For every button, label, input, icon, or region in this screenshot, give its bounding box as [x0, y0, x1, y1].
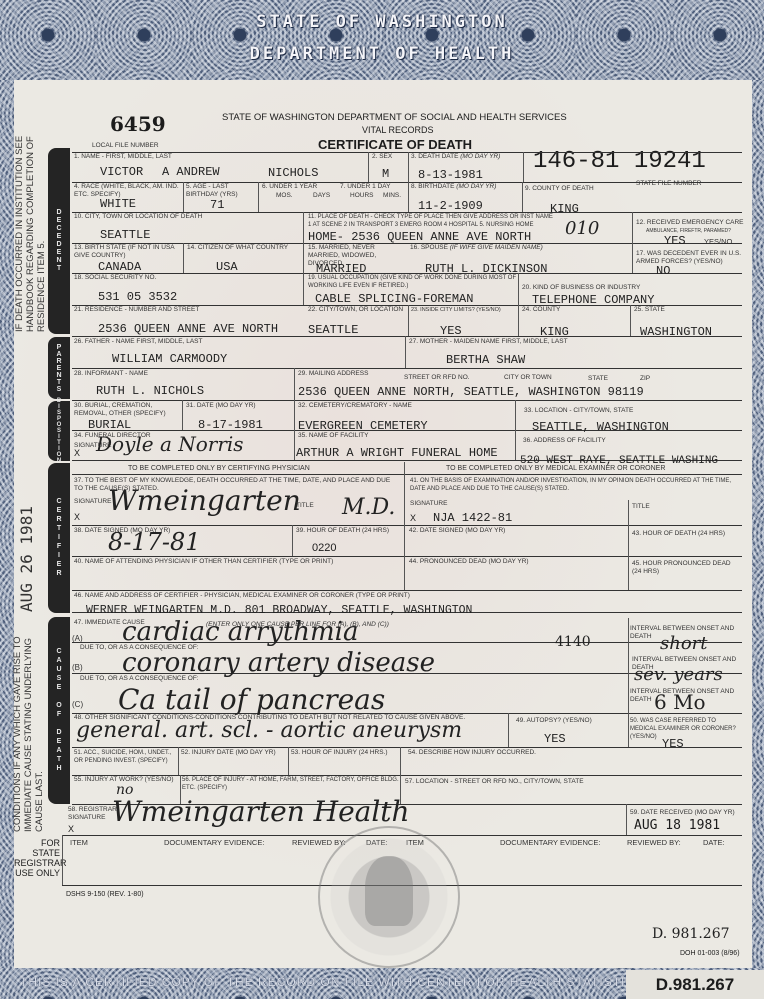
- last-name: NICHOLS: [268, 166, 318, 180]
- conditions-note-line: CAUSE LAST.: [34, 636, 45, 832]
- evidence-label-right: DOCUMENTARY EVIDENCE:: [500, 839, 600, 847]
- mother-label: 27. MOTHER - MAIDEN NAME FIRST, MIDDLE, …: [409, 338, 568, 346]
- coroner-signature-label: SIGNATURE: [410, 500, 447, 508]
- place-of-death-options: 1 AT SCENE 2 IN TRANSPORT 3 EMERG ROOM 4…: [308, 221, 534, 229]
- disposition-date: 8-17-1981: [198, 418, 263, 432]
- interval-a: short: [660, 633, 708, 654]
- banner-state-title: STATE OF WASHINGTON: [0, 12, 764, 32]
- disposition-method: BURIAL: [88, 418, 131, 432]
- cause-c-label: (C): [72, 701, 83, 709]
- residence-city-label: 22. CITY/TOWN, OR LOCATION: [308, 306, 403, 314]
- spouse-label: 16. SPOUSE (IF WIFE GIVE MAIDEN NAME): [410, 244, 543, 252]
- injury-date-label: 52. INJURY DATE (MO DAY YR): [181, 749, 276, 757]
- informant-name: RUTH L. NICHOLS: [96, 384, 204, 398]
- cemetery-label: 32. CEMETERY/CREMATORY - NAME: [298, 402, 412, 410]
- hour-of-death: 0220: [312, 542, 336, 554]
- mailing-address: 2536 QUEEN ANNE NORTH, SEATTLE, WASHINGT…: [298, 385, 644, 399]
- place-annotation: 010: [565, 218, 599, 239]
- section-tab-parents: PARENTS: [48, 337, 70, 399]
- under-1-year-label: 6. UNDER 1 YEAR: [262, 183, 317, 191]
- institution-note-line: RESIDENCE ITEM 5.: [36, 136, 47, 332]
- handwritten-reference: D. 981.267: [652, 926, 730, 942]
- residence-street: 2536 QUEEN ANNE AVE NORTH: [98, 322, 278, 336]
- middle-name: A ANDREW: [162, 165, 220, 179]
- autopsy-value: YES: [544, 732, 566, 746]
- place-of-death: HOME- 2536 QUEEN ANNE AVE NORTH: [308, 230, 531, 244]
- cause-a-annotation: 4140: [555, 634, 591, 650]
- institution-note: IF DEATH OCCURRED IN INSTITUTION SEE HAN…: [14, 136, 47, 332]
- director-x-mark: X: [74, 448, 80, 458]
- injury-place-label: 56. PLACE OF INJURY - AT HOME, FARM, STR…: [182, 776, 402, 792]
- city-of-death: SEATTLE: [100, 228, 150, 242]
- emergency-care-label: 12. RECEIVED EMERGENCY CARE: [636, 219, 744, 227]
- residence-county-label: 24. COUNTY: [522, 306, 560, 314]
- cause-c: Ca tail of pancreas: [118, 683, 385, 716]
- place-of-death-label: 11. PLACE OF DEATH - CHECK TYPE OF PLACE…: [308, 213, 553, 221]
- injury-description-label: 54. DESCRIBE HOW INJURY OCCURRED.: [408, 749, 536, 757]
- father-name: WILLIAM CARMOODY: [112, 352, 227, 366]
- section-tab-certifier: CERTIFIER: [48, 463, 70, 613]
- date-received: AUG 18 1981: [634, 818, 720, 833]
- hour-of-death-label: 39. HOUR OF DEATH (24 HRS): [296, 527, 389, 535]
- washington-portrait-icon: [365, 856, 413, 926]
- certifier-name-address: WERNER WEINGARTEN M.D. 801 BROADWAY, SEA…: [86, 604, 472, 617]
- coroner-section-header: TO BE COMPLETED ONLY BY MEDICAL EXAMINER…: [446, 465, 665, 473]
- accident-type-label: 51. ACC., SUICIDE, HOM., UNDET., OR PEND…: [74, 749, 178, 765]
- coroner-title-label: TITLE: [632, 503, 650, 511]
- security-border-right: [752, 80, 764, 970]
- citizen-value: USA: [216, 260, 238, 274]
- conditions-note-line: IMMEDIATE CAUSE STATING UNDERLYING: [23, 636, 34, 832]
- doh-form-number: DOH 01-003 (8/96): [680, 950, 740, 957]
- county-of-death: KING: [550, 202, 579, 216]
- residence-state: WASHINGTON: [640, 325, 712, 339]
- security-banner-top: STATE OF WASHINGTON DEPARTMENT OF HEALTH: [0, 0, 764, 80]
- city-of-death-label: 10. CITY, TOWN OR LOCATION OF DEATH: [74, 213, 202, 221]
- residence-county: KING: [540, 325, 569, 339]
- emergency-care-value: YES: [664, 234, 686, 248]
- physician-title-label: TITLE: [296, 502, 314, 510]
- cause-a-label: (A): [72, 635, 83, 643]
- division-name: VITAL RECORDS: [362, 125, 434, 135]
- state-seal: [318, 826, 460, 968]
- date-signed-42-label: 42. DATE SIGNED (MO DAY YR): [409, 527, 505, 535]
- race-value: WHITE: [100, 197, 136, 211]
- section-tab-decedent: DECEDENT: [48, 148, 70, 334]
- facility-address-label: 36. ADDRESS OF FACILITY: [523, 437, 606, 445]
- age-value: 71: [210, 198, 224, 212]
- section-tab-cause-of-death: CAUSE OF DEATH: [48, 617, 70, 804]
- disposition-method-label: 30. BURIAL, CREMATION, REMOVAL, OTHER (S…: [74, 402, 179, 418]
- city-town-label: CITY OR TOWN: [504, 374, 552, 382]
- sex-value: M: [382, 167, 389, 181]
- facility-name-label: 35. NAME OF FACILITY: [298, 432, 368, 440]
- date-received-label: 59. DATE RECEIVED (MO DAY YR): [630, 809, 735, 817]
- attending-physician-label: 40. NAME OF ATTENDING PHYSICIAN IF OTHER…: [74, 558, 333, 566]
- banner-department-title: DEPARTMENT OF HEALTH: [0, 44, 764, 64]
- coroner-x-mark: X: [410, 513, 416, 523]
- occupation: CABLE SPLICING-FOREMAN: [315, 292, 473, 306]
- form-number: DSHS 9-150 (REV. 1-80): [66, 891, 144, 898]
- reviewed-label-right: REVIEWED BY:: [627, 839, 681, 847]
- date-signed: 8-17-81: [108, 528, 201, 556]
- cause-b-label: (B): [72, 664, 83, 672]
- street-label: STREET OR RFD NO.: [404, 374, 470, 382]
- institution-note-line: HANDBOOK REGARDING COMPLETION OF: [25, 136, 36, 332]
- referred-label: 50. WAS CASE REFERRED TO MEDICAL EXAMINE…: [630, 717, 742, 741]
- coroner-statement: 41. ON THE BASIS OF EXAMINATION AND/OR I…: [410, 477, 740, 493]
- birth-state-label: 13. BIRTH STATE (IF NOT IN USA GIVE COUN…: [74, 244, 180, 260]
- cemetery-location-label: 33. LOCATION - CITY/TOWN, STATE: [524, 407, 633, 415]
- sex-label: 2. SEX: [372, 153, 392, 161]
- physician-section-header: TO BE COMPLETED ONLY BY CERTIFYING PHYSI…: [128, 465, 310, 473]
- coroner-case-number: NJA 1422-81: [433, 511, 512, 525]
- item-label-left: ITEM: [70, 839, 88, 847]
- emergency-yes-no: YES/NO: [704, 238, 732, 246]
- due-to-c-label: DUE TO, OR AS A CONSEQUENCE OF:: [80, 675, 199, 683]
- age-label: 5. AGE - LAST BIRTHDAY (YRS): [186, 183, 256, 199]
- interval-c: 6 Mo: [654, 690, 706, 714]
- minutes-label: MINS.: [383, 192, 401, 200]
- inside-city-label: 23. INSIDE CITY LIMITS? (YES/NO): [411, 306, 501, 314]
- local-file-number-label: LOCAL FILE NUMBER: [92, 142, 159, 150]
- informant-label: 28. INFORMANT - NAME: [74, 370, 148, 378]
- cemetery-name: EVERGREEN CEMETERY: [298, 419, 428, 433]
- security-border-left: [0, 80, 14, 970]
- hour-of-death-43-label: 43. HOUR OF DEATH (24 HRS): [632, 530, 725, 538]
- registrar-x-mark: X: [68, 824, 74, 834]
- conditions-note-line: CONDITIONS IF ANY WHICH GAVE RISE TO: [12, 636, 23, 832]
- father-label: 26. FATHER - NAME FIRST, MIDDLE, LAST: [74, 338, 202, 346]
- armed-forces-value: NO: [656, 264, 670, 278]
- conditions-note: CONDITIONS IF ANY WHICH GAVE RISE TO IMM…: [12, 636, 45, 832]
- disposition-date-label: 31. DATE (MO DAY YR): [186, 402, 256, 410]
- local-file-number: 6459: [110, 112, 166, 136]
- first-name: VICTOR: [100, 165, 143, 179]
- autopsy-label: 49. AUTOPSY? (YES/NO): [516, 717, 592, 725]
- birth-state: CANADA: [98, 260, 141, 274]
- section-tab-disposition: DISPOSITION: [48, 401, 70, 461]
- state-label: STATE: [588, 375, 608, 383]
- residence-state-label: 25. STATE: [634, 306, 665, 314]
- certifier-name-label: 46. NAME AND ADDRESS OF CERTIFIER - PHYS…: [74, 592, 410, 600]
- residence-label: 21. RESIDENCE - NUMBER AND STREET: [74, 306, 199, 314]
- pronounced-dead-label: 44. PRONOUNCED DEAD (MO DAY YR): [409, 558, 529, 566]
- state-registrar-use-only: FOR STATE REGISTRAR USE ONLY: [14, 838, 60, 878]
- agency-name: STATE OF WASHINGTON DEPARTMENT OF SOCIAL…: [222, 112, 567, 123]
- date-label-right: DATE:: [703, 839, 725, 847]
- emergency-care-hint: AMBULANCE, FIREFTR, PARAMED?: [646, 227, 731, 235]
- evidence-label-left: DOCUMENTARY EVIDENCE:: [164, 839, 264, 847]
- cause-b: coronary artery disease: [122, 648, 435, 678]
- days-label: DAYS: [313, 192, 330, 200]
- injury-hour-label: 53. HOUR OF INJURY (24 HRS.): [291, 749, 388, 757]
- zip-label: ZIP: [640, 375, 650, 383]
- hours-label: HOURS: [350, 192, 373, 200]
- name-label: 1. NAME - FIRST, MIDDLE, LAST: [74, 153, 172, 161]
- referred-value: YES: [662, 737, 684, 751]
- cemetery-location: SEATTLE, WASHINGTON: [532, 420, 669, 434]
- institution-note-line: IF DEATH OCCURRED IN INSTITUTION SEE: [14, 136, 25, 332]
- registrar-signature: Wmeingarten Health: [112, 795, 410, 828]
- cause-a: cardiac arrythmia: [122, 617, 359, 647]
- injury-location-label: 57. LOCATION - STREET OR RFD NO., CITY/T…: [405, 778, 584, 786]
- physician-signature-label: SIGNATURE: [74, 498, 111, 506]
- physician-x-mark: X: [74, 512, 80, 522]
- birthdate-label: 8. BIRTHDATE (MO DAY YR): [411, 183, 496, 191]
- certificate-title: CERTIFICATE OF DEATH: [318, 137, 472, 152]
- physician-title: M.D.: [342, 495, 395, 520]
- hour-pronounced-label: 45. HOUR PRONOUNCED DEAD (24 HRS): [632, 560, 740, 576]
- mailing-address-label: 29. MAILING ADDRESS: [298, 370, 368, 378]
- citizen-label: 14. CITIZEN OF WHAT COUNTRY: [187, 244, 288, 252]
- social-security-number: 531 05 3532: [98, 290, 177, 304]
- funeral-director-signature: Doyle a Norris: [96, 432, 244, 456]
- inside-city-limits: YES: [440, 324, 462, 338]
- death-date-label: 3. DEATH DATE (MO DAY YR): [411, 153, 500, 161]
- residence-city: SEATTLE: [308, 323, 358, 337]
- other-conditions: general. art. scl. - aortic aneurysm: [76, 718, 462, 743]
- ssn-label: 18. SOCIAL SECURITY NO.: [74, 274, 156, 282]
- physician-signature: Wmeingarten: [108, 484, 301, 517]
- under-1-day-label: 7. UNDER 1 DAY: [340, 183, 390, 191]
- birthdate-value: 11-2-1909: [418, 199, 483, 213]
- death-date: 8-13-1981: [418, 168, 483, 182]
- received-stamp-date: AUG 26 1981: [18, 506, 36, 612]
- document-id: D.981.267: [626, 970, 764, 999]
- occupation-label: 19. USUAL OCCUPATION (GIVE KIND OF WORK …: [308, 274, 518, 290]
- county-of-death-label: 9. COUNTY OF DEATH: [525, 185, 594, 193]
- industry: TELEPHONE COMPANY: [532, 293, 654, 307]
- armed-forces-label: 17. WAS DECEDENT EVER IN U.S. ARMED FORC…: [636, 250, 746, 266]
- reviewed-label-left: REVIEWED BY:: [292, 839, 346, 847]
- industry-label: 20. KIND OF BUSINESS OR INDUSTRY: [522, 284, 640, 292]
- mother-name: BERTHA SHAW: [446, 353, 525, 367]
- facility-name: ARTHUR A WRIGHT FUNERAL HOME: [296, 446, 498, 460]
- interval-b: sev. years: [634, 664, 723, 685]
- months-label: MOS.: [276, 192, 293, 200]
